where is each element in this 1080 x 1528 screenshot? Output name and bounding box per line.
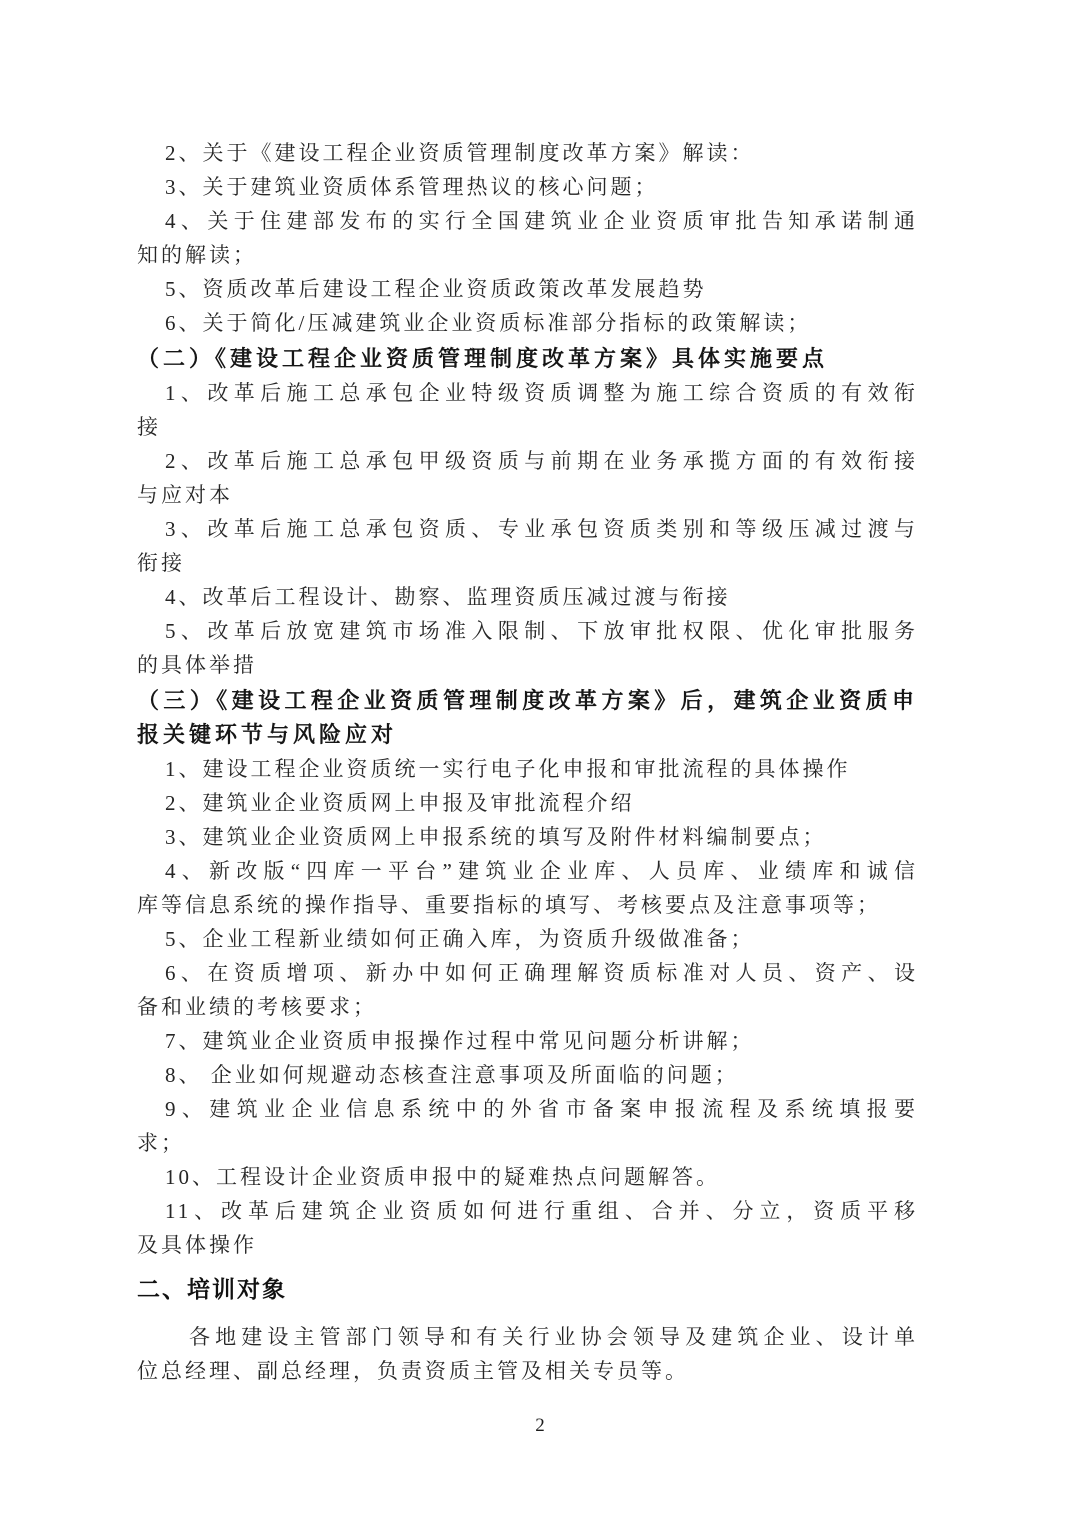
text-line: （三）《建设工程企业资质管理制度改革方案》后，建筑企业资质申 (137, 684, 918, 718)
text-line: 接 (137, 410, 918, 444)
text-line: 各地建设主管部门领导和有关行业协会领导及建筑企业、设计单 (137, 1320, 918, 1354)
paragraph: 各地建设主管部门领导和有关行业协会领导及建筑企业、设计单位总经理、副总经理，负责… (137, 1320, 918, 1388)
list-item: 3、建筑业企业资质网上申报系统的填写及附件材料编制要点； (137, 820, 918, 854)
text-line: 8、 企业如何规避动态核查注意事项及所面临的问题； (137, 1058, 918, 1092)
text-line: 与应对本 (137, 478, 918, 512)
text-line: 求； (137, 1126, 918, 1160)
list-item: 2、改革后施工总承包甲级资质与前期在业务承揽方面的有效衔接与应对本 (137, 444, 918, 512)
text-line: 11、改革后建筑企业资质如何进行重组、合并、分立，资质平移 (137, 1194, 918, 1228)
list-item: 6、关于简化/压减建筑业企业资质标准部分指标的政策解读； (137, 306, 918, 340)
list-item: 2、建筑业企业资质网上申报及审批流程介绍 (137, 786, 918, 820)
list-item: 4、新改版“四库一平台”建筑业企业库、人员库、业绩库和诚信库等信息系统的操作指导… (137, 854, 918, 922)
text-line: 4、关于住建部发布的实行全国建筑业企业资质审批告知承诺制通 (137, 204, 918, 238)
list-item: 11、改革后建筑企业资质如何进行重组、合并、分立，资质平移及具体操作 (137, 1194, 918, 1262)
text-line: 及具体操作 (137, 1228, 918, 1262)
text-line: 7、建筑业企业资质申报操作过程中常见问题分析讲解； (137, 1024, 918, 1058)
text-line: 知的解读； (137, 238, 918, 272)
section-title: 二、培训对象 (137, 1272, 918, 1306)
list-item: 8、 企业如何规避动态核查注意事项及所面临的问题； (137, 1058, 918, 1092)
text-line: 位总经理、副总经理，负责资质主管及相关专员等。 (137, 1354, 918, 1388)
list-item: 3、关于建筑业资质体系管理热议的核心问题； (137, 170, 918, 204)
text-line: 5、资质改革后建设工程企业资质政策改革发展趋势 (137, 272, 918, 306)
text-line: 报关键环节与风险应对 (137, 718, 918, 752)
section-heading: （二）《建设工程企业资质管理制度改革方案》具体实施要点 (137, 342, 918, 376)
text-line: 二、培训对象 (137, 1272, 918, 1306)
text-line: 1、改革后施工总承包企业特级资质调整为施工综合资质的有效衔 (137, 376, 918, 410)
text-line: 4、改革后工程设计、勘察、监理资质压减过渡与衔接 (137, 580, 918, 614)
list-item: 1、改革后施工总承包企业特级资质调整为施工综合资质的有效衔接 (137, 376, 918, 444)
text-line: 6、在资质增项、新办中如何正确理解资质标准对人员、资产、设 (137, 956, 918, 990)
list-item: 5、资质改革后建设工程企业资质政策改革发展趋势 (137, 272, 918, 306)
text-line: 4、新改版“四库一平台”建筑业企业库、人员库、业绩库和诚信 (137, 854, 918, 888)
list-item: 7、建筑业企业资质申报操作过程中常见问题分析讲解； (137, 1024, 918, 1058)
text-line: 2、关于《建设工程企业资质管理制度改革方案》解读： (137, 136, 918, 170)
text-line: 备和业绩的考核要求； (137, 990, 918, 1024)
text-line: 10、工程设计企业资质申报中的疑难热点问题解答。 (137, 1160, 918, 1194)
text-line: 2、建筑业企业资质网上申报及审批流程介绍 (137, 786, 918, 820)
list-item: 5、企业工程新业绩如何正确入库，为资质升级做准备； (137, 922, 918, 956)
text-line: 的具体举措 (137, 648, 918, 682)
text-line: 2、改革后施工总承包甲级资质与前期在业务承揽方面的有效衔接 (137, 444, 918, 478)
text-line: 6、关于简化/压减建筑业企业资质标准部分指标的政策解读； (137, 306, 918, 340)
list-item: 9、建筑业企业信息系统中的外省市备案申报流程及系统填报要求； (137, 1092, 918, 1160)
text-line: 5、企业工程新业绩如何正确入库，为资质升级做准备； (137, 922, 918, 956)
list-item: 10、工程设计企业资质申报中的疑难热点问题解答。 (137, 1160, 918, 1194)
list-item: 2、关于《建设工程企业资质管理制度改革方案》解读： (137, 136, 918, 170)
text-line: 衔接 (137, 546, 918, 580)
list-item: 1、建设工程企业资质统一实行电子化申报和审批流程的具体操作 (137, 752, 918, 786)
text-line: 1、建设工程企业资质统一实行电子化申报和审批流程的具体操作 (137, 752, 918, 786)
text-line: 3、关于建筑业资质体系管理热议的核心问题； (137, 170, 918, 204)
text-line: 5、改革后放宽建筑市场准入限制、下放审批权限、优化审批服务 (137, 614, 918, 648)
list-item: 5、改革后放宽建筑市场准入限制、下放审批权限、优化审批服务的具体举措 (137, 614, 918, 682)
list-item: 4、关于住建部发布的实行全国建筑业企业资质审批告知承诺制通知的解读； (137, 204, 918, 272)
list-item: 4、改革后工程设计、勘察、监理资质压减过渡与衔接 (137, 580, 918, 614)
text-line: （二）《建设工程企业资质管理制度改革方案》具体实施要点 (137, 342, 918, 376)
text-line: 3、改革后施工总承包资质、专业承包资质类别和等级压减过渡与 (137, 512, 918, 546)
document-body: 2、关于《建设工程企业资质管理制度改革方案》解读：3、关于建筑业资质体系管理热议… (137, 136, 918, 1388)
list-item: 3、改革后施工总承包资质、专业承包资质类别和等级压减过渡与衔接 (137, 512, 918, 580)
section-heading: （三）《建设工程企业资质管理制度改革方案》后，建筑企业资质申报关键环节与风险应对 (137, 684, 918, 752)
text-line: 9、建筑业企业信息系统中的外省市备案申报流程及系统填报要 (137, 1092, 918, 1126)
list-item: 6、在资质增项、新办中如何正确理解资质标准对人员、资产、设备和业绩的考核要求； (137, 956, 918, 1024)
page-number: 2 (0, 1412, 1080, 1440)
text-line: 3、建筑业企业资质网上申报系统的填写及附件材料编制要点； (137, 820, 918, 854)
text-line: 库等信息系统的操作指导、重要指标的填写、考核要点及注意事项等； (137, 888, 918, 922)
